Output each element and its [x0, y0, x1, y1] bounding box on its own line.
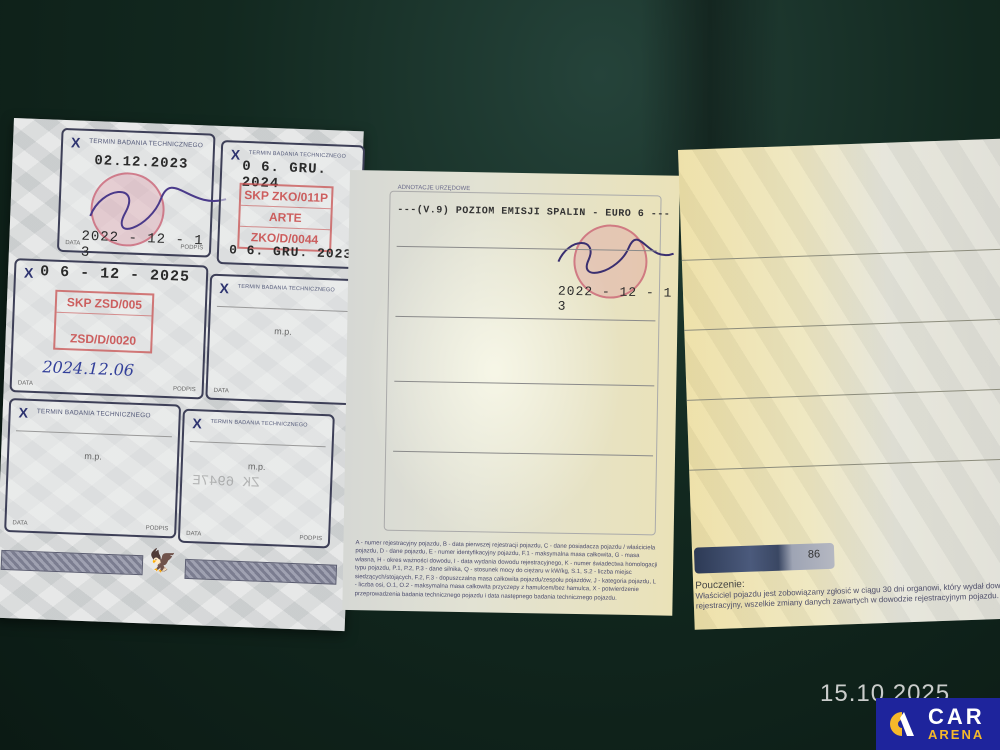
hologram-number: 86 — [808, 548, 821, 560]
station-stamp: SKP ZKO/011P ARTE ZKO/D/0044 — [237, 183, 333, 253]
photo-scene: X TERMIN BADANIA TECHNICZNEGO 02.12.2023… — [0, 0, 1000, 750]
annotations-header: ADNOTACJE URZĘDOWE — [398, 185, 471, 192]
data-label: DATA — [12, 520, 27, 527]
show-through-text: ZK 6947E — [192, 473, 260, 492]
field-legend: A - numer rejestracyjny pojazdu, B - dat… — [355, 539, 660, 604]
notice: Pouczenie: Właściciel pojazdu jest zobow… — [695, 570, 1000, 611]
data-label: DATA — [18, 380, 33, 387]
podpis-label: PODPIS — [146, 525, 169, 532]
rule-line — [687, 388, 1000, 401]
car-arena-logo-icon — [888, 708, 920, 740]
x-mark: X — [24, 265, 34, 281]
rule-line — [689, 458, 1000, 471]
annotations-page: ADNOTACJE URZĘDOWE ---(V.9) POZIOM EMISJ… — [342, 170, 680, 616]
x-mark: X — [219, 280, 229, 296]
next-inspection-date: 02.12.2023 — [94, 153, 189, 173]
mp-label: m.p. — [183, 459, 331, 475]
hologram-sticker: 86 — [694, 543, 835, 574]
cell-header: TERMIN BADANIA TECHNICZNEGO — [249, 150, 346, 160]
x-mark: X — [71, 134, 81, 150]
inspection-cell-1: X TERMIN BADANIA TECHNICZNEGO 02.12.2023… — [57, 128, 216, 258]
mp-label: m.p. — [210, 324, 356, 340]
data-label: DATA — [214, 388, 229, 395]
inspection-cell-4: X TERMIN BADANIA TECHNICZNEGO m.p. DATA — [205, 274, 360, 406]
inspection-stamps-page: X TERMIN BADANIA TECHNICZNEGO 02.12.2023… — [0, 118, 364, 631]
next-inspection-date: 0 6 - 12 - 2025 — [40, 263, 191, 286]
podpis-label: PODPIS — [180, 244, 203, 251]
podpis-label: PODPIS — [299, 535, 322, 542]
data-label: DATA — [65, 240, 80, 247]
car-arena-logo: CAR ARENA — [876, 698, 1000, 750]
cell-header: TERMIN BADANIA TECHNICZNEGO — [210, 419, 307, 429]
x-mark: X — [192, 415, 202, 431]
podpis-label: PODPIS — [173, 386, 196, 393]
eagle-emblem-icon: 🦅 — [149, 548, 177, 575]
security-band-left — [1, 550, 144, 575]
inspection-cell-6: X TERMIN BADANIA TECHNICZNEGO m.p. ZK 69… — [178, 409, 335, 549]
signature — [548, 231, 679, 283]
brand-name-bottom: ARENA — [928, 727, 984, 742]
divider — [16, 430, 172, 437]
inspection-date: 0 6. GRU. 2023 — [229, 242, 353, 262]
rule-line — [684, 318, 1000, 331]
station-stamp: SKP ZSD/005 ZSD/D/0020 — [53, 290, 154, 354]
cell-header: TERMIN BADANIA TECHNICZNEGO — [37, 408, 151, 419]
cell-header: TERMIN BADANIA TECHNICZNEGO — [238, 284, 335, 294]
right-page: 86 Pouczenie: Właściciel pojazdu jest zo… — [678, 138, 1000, 630]
inspection-cell-2: X TERMIN BADANIA TECHNICZNEGO 0 6. GRU. … — [217, 140, 366, 269]
station-id: ZSD/D/0020 — [55, 313, 151, 352]
data-label: DATA — [186, 531, 201, 538]
security-band-right — [184, 559, 337, 585]
handwritten-date: 2024.12.06 — [42, 357, 134, 380]
rule-line — [682, 248, 1000, 261]
divider — [190, 441, 326, 447]
divider — [217, 306, 351, 312]
x-mark: X — [18, 404, 28, 420]
mp-label: m.p. — [9, 448, 177, 464]
inspection-cell-3: X 0 6 - 12 - 2025 SKP ZSD/005 ZSD/D/0020… — [9, 258, 208, 399]
x-mark: X — [230, 146, 240, 162]
cell-header: TERMIN BADANIA TECHNICZNEGO — [89, 138, 203, 149]
annotation-date: 2022 - 12 - 1 3 — [558, 284, 679, 316]
inspection-cell-5: X TERMIN BADANIA TECHNICZNEGO m.p. DATA … — [4, 398, 181, 539]
